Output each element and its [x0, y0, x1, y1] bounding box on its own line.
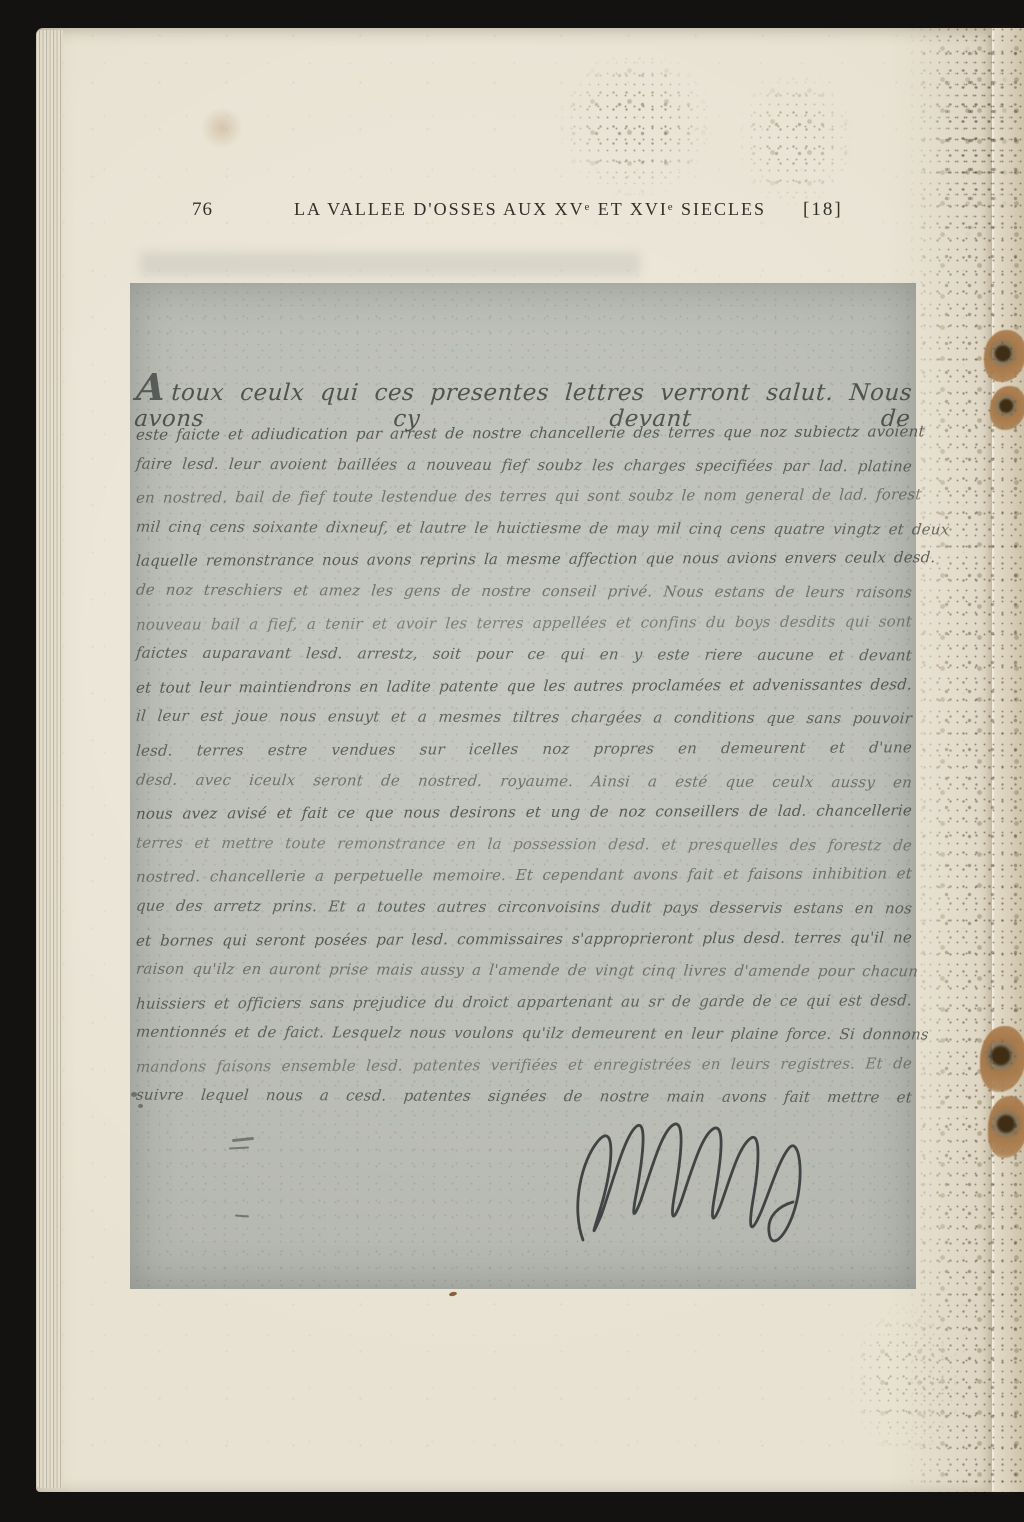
manuscript-line: nouveau bail a fief, a tenir et avoir le…	[135, 606, 913, 641]
manuscript-line: mandons faisons ensemble lesd. patentes …	[135, 1048, 913, 1083]
manuscript-line: et bornes qui seront posées par lesd. co…	[135, 922, 913, 957]
manuscript-line: desd. avec iceulx seront de nostred. roy…	[135, 764, 914, 798]
manuscript-line: lesd. terres estre vendues sur icelles n…	[135, 732, 913, 767]
page-number: 76	[192, 199, 213, 221]
manuscript-opening-line: Atoux ceulx qui ces presentes lettres ve…	[134, 372, 913, 418]
manuscript-line: laquelle remonstrance nous avons reprins…	[135, 543, 913, 578]
page-edge-stack	[36, 30, 63, 1488]
running-title: LA VALLEE D'OSSES AUX XVᵉ ET XVIᵉ SIECLE…	[250, 199, 810, 220]
glue-blob-1	[984, 330, 1024, 382]
manuscript-line: este faicte et adiudication par arrest d…	[135, 416, 913, 451]
manuscript-line: que des arretz prins. Et a toutes autres…	[135, 891, 914, 925]
manuscript-line: il leur est joue nous ensuyt et a mesmes…	[135, 701, 914, 735]
manuscript-line: huissiers et officiers sans prejudice du…	[135, 985, 913, 1020]
manuscript-line: mil cinq cens soixante dixneuf, et lautr…	[135, 511, 914, 545]
glue-blob-2	[990, 386, 1024, 430]
manuscript-initial: A	[135, 365, 167, 409]
manuscript-line: raison qu'ilz en auront prise mais aussy…	[135, 954, 914, 988]
manuscript-line: mentionnés et de faict. Lesquelz nous vo…	[135, 1017, 914, 1051]
manuscript-line: nostred. chancellerie a perpetuelle memo…	[135, 859, 913, 894]
signature-flourish-icon	[552, 1104, 862, 1259]
manuscript-line: faictes auparavant lesd. arrestz, soit p…	[135, 638, 914, 672]
plate-reference: [18]	[803, 199, 843, 221]
glue-blob-4	[988, 1096, 1024, 1158]
scanned-book-photo: 76 LA VALLEE D'OSSES AUX XVᵉ ET XVIᵉ SIE…	[0, 0, 1024, 1522]
manuscript-line: nous avez avisé et fait ce que nous desi…	[135, 795, 913, 830]
manuscript-lines: este faicte et adiudication par arrest d…	[136, 418, 912, 1113]
manuscript-text: Atoux ceulx qui ces presentes lettres ve…	[136, 372, 912, 1113]
manuscript-line: en nostred. bail de fief toute lestendue…	[135, 479, 913, 514]
manuscript-line: terres et mettre toute remonstrance en l…	[135, 827, 914, 861]
manuscript-line: de noz treschiers et amez les gens de no…	[135, 575, 914, 609]
ink-smudge-3	[131, 1092, 137, 1097]
manuscript-line: faire lesd. leur avoient baillées a nouv…	[135, 448, 914, 482]
signature-henry	[552, 1104, 862, 1259]
tan-spot-top-left	[200, 108, 244, 148]
fore-edge	[994, 28, 1024, 1492]
ink-smudge-4	[138, 1104, 143, 1108]
show-through-band	[140, 252, 640, 276]
manuscript-line: et tout leur maintiendrons en ladite pat…	[135, 669, 913, 704]
glue-blob-3	[980, 1026, 1024, 1092]
